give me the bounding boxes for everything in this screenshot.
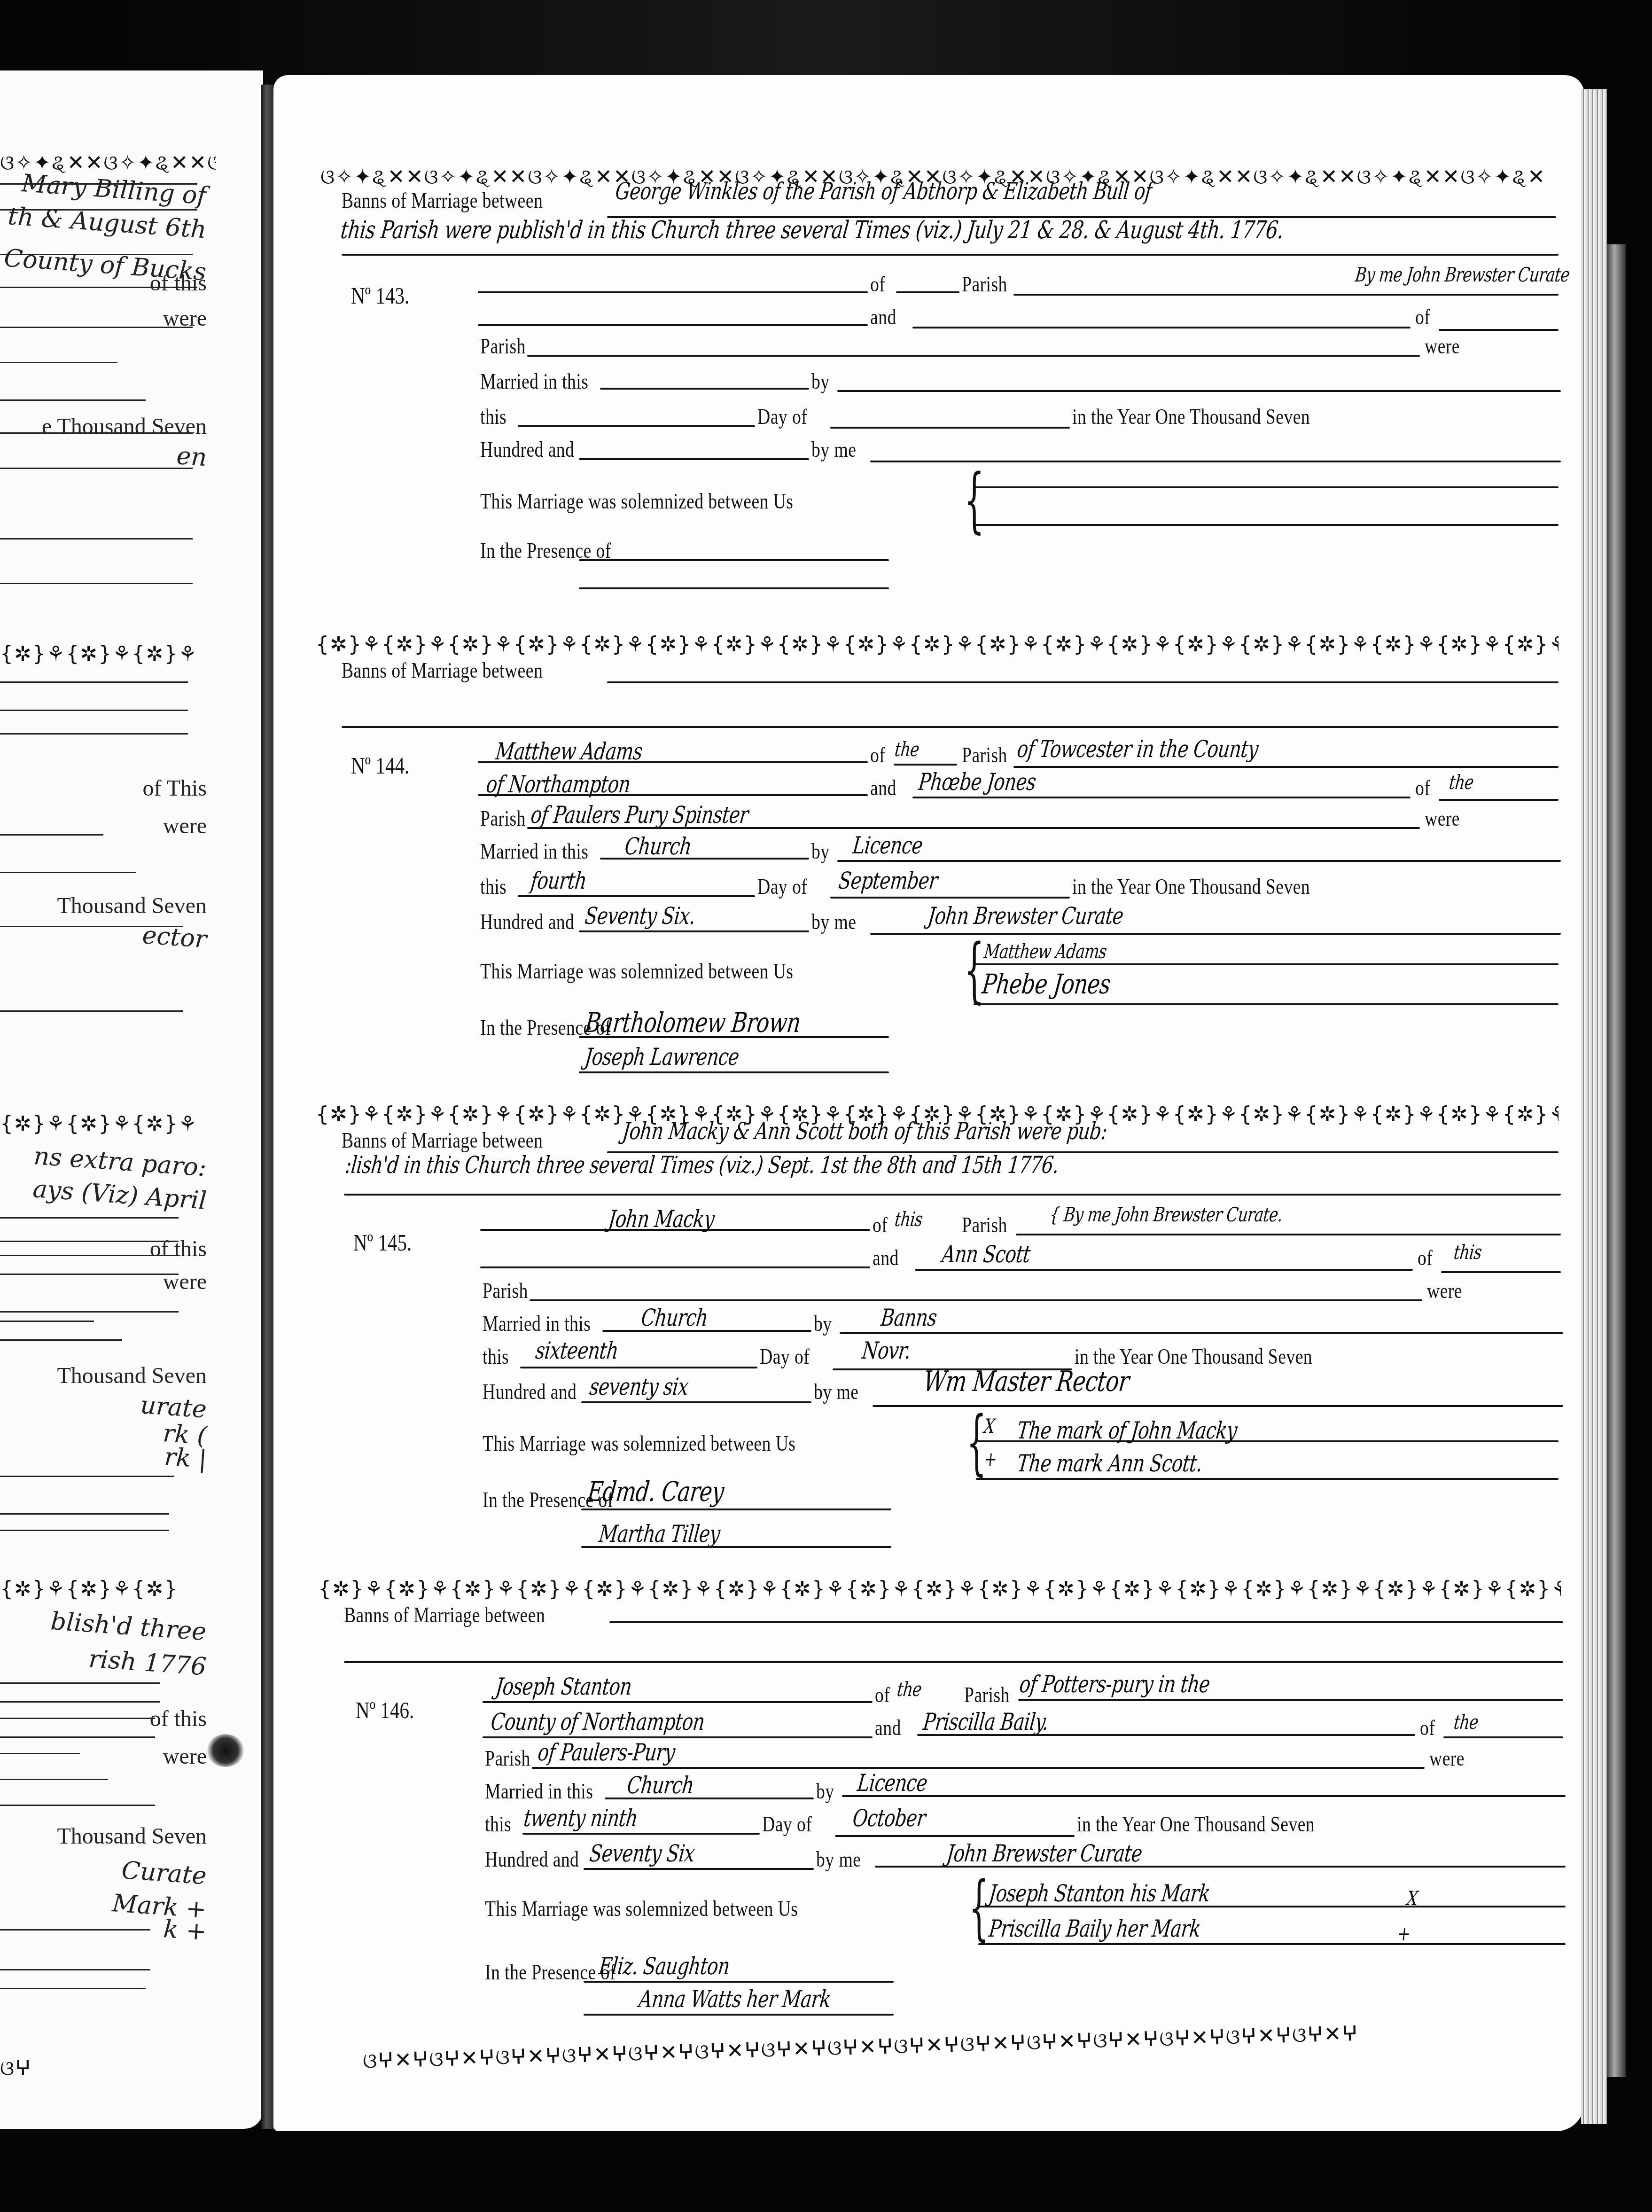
witness-2: Joseph Lawrence [584, 1043, 740, 1071]
left-page-fragment: Thousand Seven [57, 893, 207, 919]
witness-1: Bartholomew Brown [584, 1007, 802, 1039]
left-page-fragment: ns extra paro: [33, 1142, 207, 1182]
left-page-fragment: th & August 6th [7, 202, 207, 244]
curate-note: { By me John Brewster Curate. [1049, 1203, 1284, 1226]
left-page-fragment: Thousand Seven [57, 1363, 207, 1389]
left-page-fragment: blish'd three [50, 1607, 207, 1646]
marriage-by: Licence [856, 1769, 928, 1797]
ink-blot [207, 1734, 244, 1767]
left-page-fragment: rish 1776 [88, 1645, 207, 1681]
left-page-fragment: Thousand Seven [57, 1823, 207, 1849]
witness-2: Anna Watts her Mark [638, 1985, 832, 2013]
bride-name: Phœbe Jones [917, 768, 1037, 796]
entry-number: Nº 143. [351, 282, 409, 309]
marriage-month: October [851, 1805, 927, 1832]
left-page: ଓ✧✦ୡ✕✕ଓ✧✦ୡ✕✕ଓ✧✦ୡ✕✕ଓ✧✦ୡ✕✕ଓ✧✦ୡ✕✕ଓ✧✦ୡ✕✕ଓ✧✦ୡ… [0, 70, 263, 2129]
banns-text-line2: :lish'd in this Church three several Tim… [344, 1151, 1060, 1179]
groom-parish: of Towcester in the County [1016, 735, 1259, 763]
signature-bride: Priscilla Baily her Mark [988, 1915, 1202, 1942]
bride-name: Priscilla Baily. [922, 1708, 1050, 1735]
ornament-row: {✲}⚘{✲}⚘{✲}⚘{✲}⚘{✲}⚘{✲}⚘{✲}⚘{✲}⚘{✲}⚘{✲}⚘… [0, 644, 197, 664]
marriage-year: Seventy Six. [584, 902, 697, 930]
banns-label: Banns of Marriage between [344, 1602, 545, 1627]
officiant: John Brewster Curate [927, 902, 1125, 930]
bride-mark: + [1396, 1922, 1411, 1945]
ornament-row-bottom: ଓⵖ✕ⵖଓⵖ✕ⵖଓⵖ✕ⵖଓⵖ✕ⵖଓⵖ✕ⵖଓⵖ✕ⵖଓⵖ✕ⵖଓⵖ✕ⵖଓⵖ✕ⵖଓⵖ✕ⵖ… [362, 2020, 1466, 2072]
bride-mark: + [983, 1447, 998, 1470]
entry-number: Nº 144. [351, 752, 409, 779]
entry-number: Nº 145. [353, 1229, 412, 1256]
left-page-fragment: were [163, 813, 207, 839]
entry-number: Nº 146. [356, 1696, 414, 1724]
left-page-fragment: of this [150, 270, 207, 296]
witness-1: Eliz. Saughton [598, 1953, 731, 1980]
banns-text-line1: George Winkles of the Parish of Abthorp … [614, 178, 1153, 205]
book-gutter [261, 85, 275, 2129]
banns-text-line1: John Macky & Ann Scott both of this Pari… [621, 1118, 1108, 1145]
ornament-divider: {✲}⚘{✲}⚘{✲}⚘{✲}⚘{✲}⚘{✲}⚘{✲}⚘{✲}⚘{✲}⚘{✲}⚘… [318, 1579, 1561, 1600]
officiant: John Brewster Curate [945, 1840, 1144, 1867]
left-page-fragment: Curate [121, 1856, 208, 1890]
witness-2: Martha Tilley [598, 1520, 721, 1548]
left-page-fragment: of This [143, 775, 207, 801]
groom-name: Joseph Stanton [494, 1673, 633, 1700]
marriage-month: Novr. [861, 1337, 912, 1364]
left-page-fragment: of this [150, 1706, 207, 1732]
ornament-row: {✲}⚘{✲}⚘{✲}⚘{✲}⚘{✲}⚘{✲}⚘{✲}⚘{✲}⚘{✲}⚘{✲}⚘… [0, 1114, 197, 1134]
marriage-year: Seventy Six [588, 1840, 696, 1867]
left-page-fragment: of this [150, 1236, 207, 1262]
groom-mark: X [983, 1415, 996, 1438]
banns-label: Banns of Marriage between [342, 658, 543, 683]
bride-name: Ann Scott [941, 1241, 1032, 1268]
signature-groom: Matthew Adams [983, 940, 1108, 963]
signature-groom: Joseph Stanton his Mark [988, 1880, 1211, 1907]
left-page-fragment: were [163, 1743, 207, 1769]
left-page-fragment: ays (Viz) April [32, 1175, 208, 1215]
groom-parish: of Potters-pury in the [1018, 1671, 1211, 1698]
marriage-year: seventy six [588, 1373, 690, 1400]
page-stack-edge [1581, 89, 1607, 2124]
left-page-fragment: e Thousand Seven [42, 414, 207, 439]
book-cover-edge [1607, 244, 1626, 2077]
marriage-day: sixteenth [534, 1337, 620, 1364]
marriage-month: September [837, 867, 939, 894]
left-page-fragment: rk | [163, 1443, 207, 1474]
marriage-day: fourth [530, 867, 588, 894]
left-page-fragment: k + [163, 1915, 208, 1946]
marriage-by: Licence [851, 832, 924, 859]
signature-bride: The mark Ann Scott. [1016, 1450, 1204, 1477]
banns-text-line2: this Parish were publish'd in this Churc… [339, 216, 1285, 244]
curate-note: By me John Brewster Curate [1354, 263, 1571, 286]
ornament-row: {✲}⚘{✲}⚘{✲}⚘{✲}⚘{✲}⚘{✲}⚘{✲}⚘{✲}⚘{✲}⚘{✲}⚘… [0, 1579, 179, 1600]
ornament-row: ଓⵖ✕ⵖଓⵖ✕ⵖଓⵖ✕ⵖଓⵖ✕ⵖଓⵖ✕ⵖଓⵖ✕ⵖଓⵖ✕ⵖଓⵖ✕ⵖଓⵖ✕ⵖଓⵖ✕ⵖ… [0, 2058, 33, 2079]
right-page: ଓ✧✦ୡ✕✕ଓ✧✦ୡ✕✕ଓ✧✦ୡ✕✕ଓ✧✦ୡ✕✕ଓ✧✦ୡ✕✕ଓ✧✦ୡ✕✕ଓ✧✦ୡ… [273, 75, 1584, 2131]
marriage-day: twenty ninth [522, 1805, 639, 1832]
left-page-fragment: urate [140, 1391, 208, 1424]
ornament-divider: {✲}⚘{✲}⚘{✲}⚘{✲}⚘{✲}⚘{✲}⚘{✲}⚘{✲}⚘{✲}⚘{✲}⚘… [316, 634, 1558, 655]
bride-parish: of Paulers Pury Spinster [530, 801, 750, 829]
officiant: Wm Master Rector [922, 1365, 1131, 1398]
banns-label: Banns of Marriage between [342, 1128, 543, 1153]
left-page-fragment: Mary Billing of [21, 169, 207, 210]
signature-bride: Phebe Jones [981, 968, 1112, 1000]
marriage-by: Banns [880, 1304, 938, 1331]
bride-parish: of Paulers-Pury [537, 1739, 676, 1766]
left-page-fragment: were [163, 1269, 207, 1295]
banns-label: Banns of Marriage between [342, 188, 543, 213]
witness-1: Edmd. Carey [586, 1476, 725, 1508]
